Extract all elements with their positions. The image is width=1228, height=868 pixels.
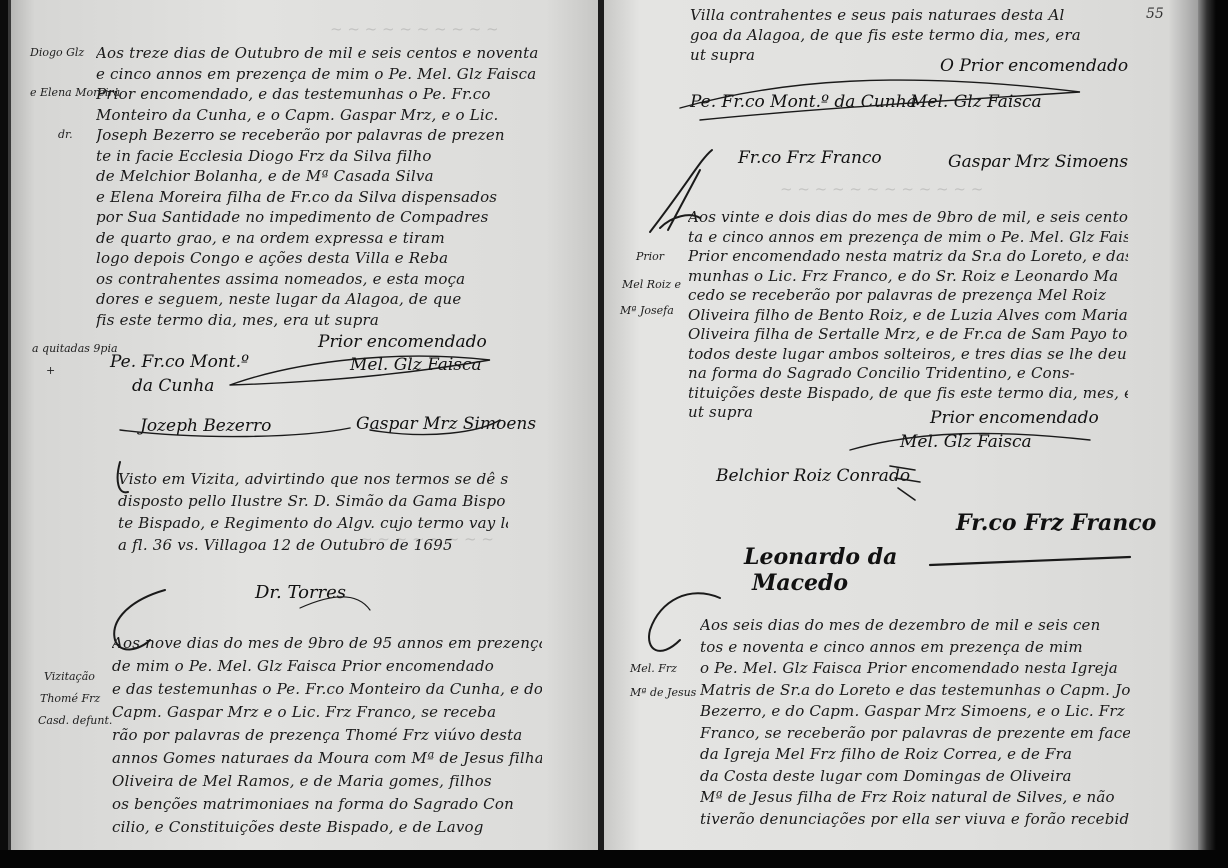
- manuscript-line: fis este termo dia, mes, era ut supra: [96, 311, 566, 329]
- manuscript-line: cedo se receberão por palavras de prezen…: [688, 286, 1128, 304]
- manuscript-line: rão por palavras de prezença Thomé Frz v…: [112, 726, 542, 744]
- signature: Pe. Fr.co Mont.º: [110, 352, 249, 372]
- manuscript-line: annos Gomes naturaes da Moura com Mª de …: [112, 749, 542, 767]
- visitation-signature: Dr. Torres: [255, 582, 346, 603]
- manuscript-line: da Costa deste lugar com Domingas de Oli…: [700, 767, 1130, 785]
- manuscript-line: tiverão denunciações por ella ser viuva …: [700, 810, 1130, 828]
- manuscript-line: te Bispado, e Regimento do Algv. cujo te…: [118, 514, 508, 532]
- manuscript-line: na forma do Sagrado Concilio Tridentino,…: [688, 364, 1128, 382]
- manuscript-line: Aos seis dias do mes de dezembro de mil …: [700, 616, 1130, 634]
- margin-note: Mel. Frz: [630, 662, 677, 675]
- margin-note: +: [46, 364, 55, 377]
- manuscript-line: Oliveira de Mel Ramos, e de Maria gomes,…: [112, 772, 542, 790]
- manuscript-line: Aos nove dias do mes de 9bro de 95 annos…: [112, 634, 542, 652]
- manuscript-line: Franco, se receberão por palavras de pre…: [700, 724, 1130, 742]
- manuscript-line: por Sua Santidade no impedimento de Comp…: [96, 208, 566, 226]
- signature: Jozeph Bezerro: [140, 416, 271, 436]
- signature: Prior encomendado: [318, 332, 487, 352]
- manuscript-line: Prior encomendado nesta matriz da Sr.a d…: [688, 247, 1128, 265]
- manuscript-line: da Igreja Mel Frz filho de Roiz Correa, …: [700, 745, 1130, 763]
- book-gutter: [598, 0, 604, 868]
- manuscript-line: de quarto grao, e na ordem expressa e ti…: [96, 229, 566, 247]
- signature: Pe. Fr.co Mont.º da Cunha: [690, 92, 917, 112]
- signature: Fr.co Frz Franco: [738, 148, 882, 168]
- manuscript-line: ta e cinco annos em prezença de mim o Pe…: [688, 228, 1128, 246]
- margin-note: a quitadas 9pia: [32, 342, 118, 355]
- signature: Macedo: [752, 570, 848, 596]
- signature: Mel. Glz Faisca: [910, 92, 1042, 112]
- manuscript-line: disposto pello Ilustre Sr. D. Simão da G…: [118, 492, 508, 510]
- signature: Gaspar Mrz Simoens: [356, 414, 536, 434]
- manuscript-line: Aos vinte e dois dias do mes de 9bro de …: [688, 208, 1128, 226]
- manuscript-line: cilio, e Constituições deste Bispado, e …: [112, 818, 542, 836]
- manuscript-line: o Pe. Mel. Glz Faisca Prior encomendado …: [700, 659, 1130, 677]
- manuscript-line: munhas o Lic. Frz Franco, e do Sr. Roiz …: [688, 267, 1128, 285]
- margin-note: Prior: [636, 250, 664, 263]
- manuscript-line: Capm. Gaspar Mrz e o Lic. Frz Franco, se…: [112, 703, 542, 721]
- manuscript-line: goa da Alagoa, de que fis este termo dia…: [690, 26, 1120, 44]
- page-edge: [1198, 0, 1228, 868]
- manuscript-line: Villa contrahentes e seus pais naturaes …: [690, 6, 1120, 24]
- manuscript-line: a fl. 36 vs. Villagoa 12 de Outubro de 1…: [118, 536, 508, 554]
- signature: Mel. Glz Faisca: [350, 355, 482, 375]
- manuscript-line: Aos treze dias de Outubro de mil e seis …: [96, 44, 566, 62]
- manuscript-line: Matris de Sr.a do Loreto e das testemunh…: [700, 681, 1130, 699]
- manuscript-line: os benções matrimoniaes na forma do Sagr…: [112, 795, 542, 813]
- scan-border: [0, 850, 1228, 868]
- signature: Prior encomendado: [930, 408, 1099, 428]
- signature: Mel. Glz Faisca: [900, 432, 1032, 452]
- signature: da Cunha: [132, 376, 214, 396]
- signature: Belchior Roiz Conrado: [716, 466, 910, 486]
- manuscript-line: dores e seguem, neste lugar da Alagoa, d…: [96, 290, 566, 308]
- manuscript-line: Oliveira filha de Sertalle Mrz, e de Fr.…: [688, 325, 1128, 343]
- signature: Fr.co Frz Franco: [956, 510, 1156, 536]
- manuscript-line: Monteiro da Cunha, e o Capm. Gaspar Mrz,…: [96, 106, 566, 124]
- manuscript-line: e Elena Moreira filha de Fr.co da Silva …: [96, 188, 566, 206]
- manuscript-line: tos e noventa e cinco annos em prezença …: [700, 638, 1130, 656]
- margin-note: Vizitação: [44, 670, 95, 683]
- manuscript-line: e das testemunhas o Pe. Fr.co Monteiro d…: [112, 680, 542, 698]
- manuscript-line: de mim o Pe. Mel. Glz Faisca Prior encom…: [112, 657, 542, 675]
- margin-note: dr.: [58, 128, 73, 141]
- signature: Gaspar Mrz Simoens: [948, 152, 1128, 172]
- manuscript-line: os contrahentes assima nomeados, e esta …: [96, 270, 566, 288]
- margin-note: Mel Roiz e: [622, 278, 681, 291]
- signature: Leonardo da: [744, 544, 897, 570]
- manuscript-line: todos deste lugar ambos solteiros, e tre…: [688, 345, 1128, 363]
- bleed-through-text: ~ ~ ~ ~ ~ ~ ~ ~ ~ ~ ~ ~: [780, 180, 983, 198]
- manuscript-line: Bezerro, e do Capm. Gaspar Mrz Simoens, …: [700, 702, 1130, 720]
- margin-note: Thomé Frz: [40, 692, 100, 705]
- bleed-through-text: ~ ~ ~ ~ ~ ~ ~ ~ ~ ~: [330, 20, 499, 38]
- manuscript-line: logo depois Congo e ações desta Villa e …: [96, 249, 566, 267]
- manuscript-line: Visto em Vizita, advirtindo que nos term…: [118, 470, 508, 488]
- manuscript-line: de Melchior Bolanha, e de Mª Casada Silv…: [96, 167, 566, 185]
- manuscript-line: Mª de Jesus filha de Frz Roiz natural de…: [700, 788, 1130, 806]
- manuscript-line: tituições deste Bispado, de que fis este…: [688, 384, 1128, 402]
- manuscript-line: Prior encomendado, e das testemunhas o P…: [96, 85, 566, 103]
- manuscript-line: e cinco annos em prezença de mim o Pe. M…: [96, 65, 566, 83]
- margin-note: Casd. defunt.: [38, 714, 112, 727]
- signature: O Prior encomendado: [940, 56, 1128, 76]
- right-page: [604, 0, 1198, 850]
- margin-note: Diogo Glz: [30, 46, 84, 59]
- manuscript-line: Oliveira filho de Bento Roiz, e de Luzia…: [688, 306, 1128, 324]
- page-number: 55: [1146, 6, 1164, 22]
- margin-note: Mª Josefa: [620, 304, 674, 317]
- book-scan: ~ ~ ~ ~ ~ ~ ~ ~ ~ ~ ~ ~ ~ ~ ~ ~ ~ ~ ~ ~ …: [0, 0, 1228, 868]
- margin-note: Mª de Jesus: [630, 686, 696, 699]
- manuscript-line: Joseph Bezerro se receberão por palavras…: [96, 126, 566, 144]
- manuscript-line: te in facie Ecclesia Diogo Frz da Silva …: [96, 147, 566, 165]
